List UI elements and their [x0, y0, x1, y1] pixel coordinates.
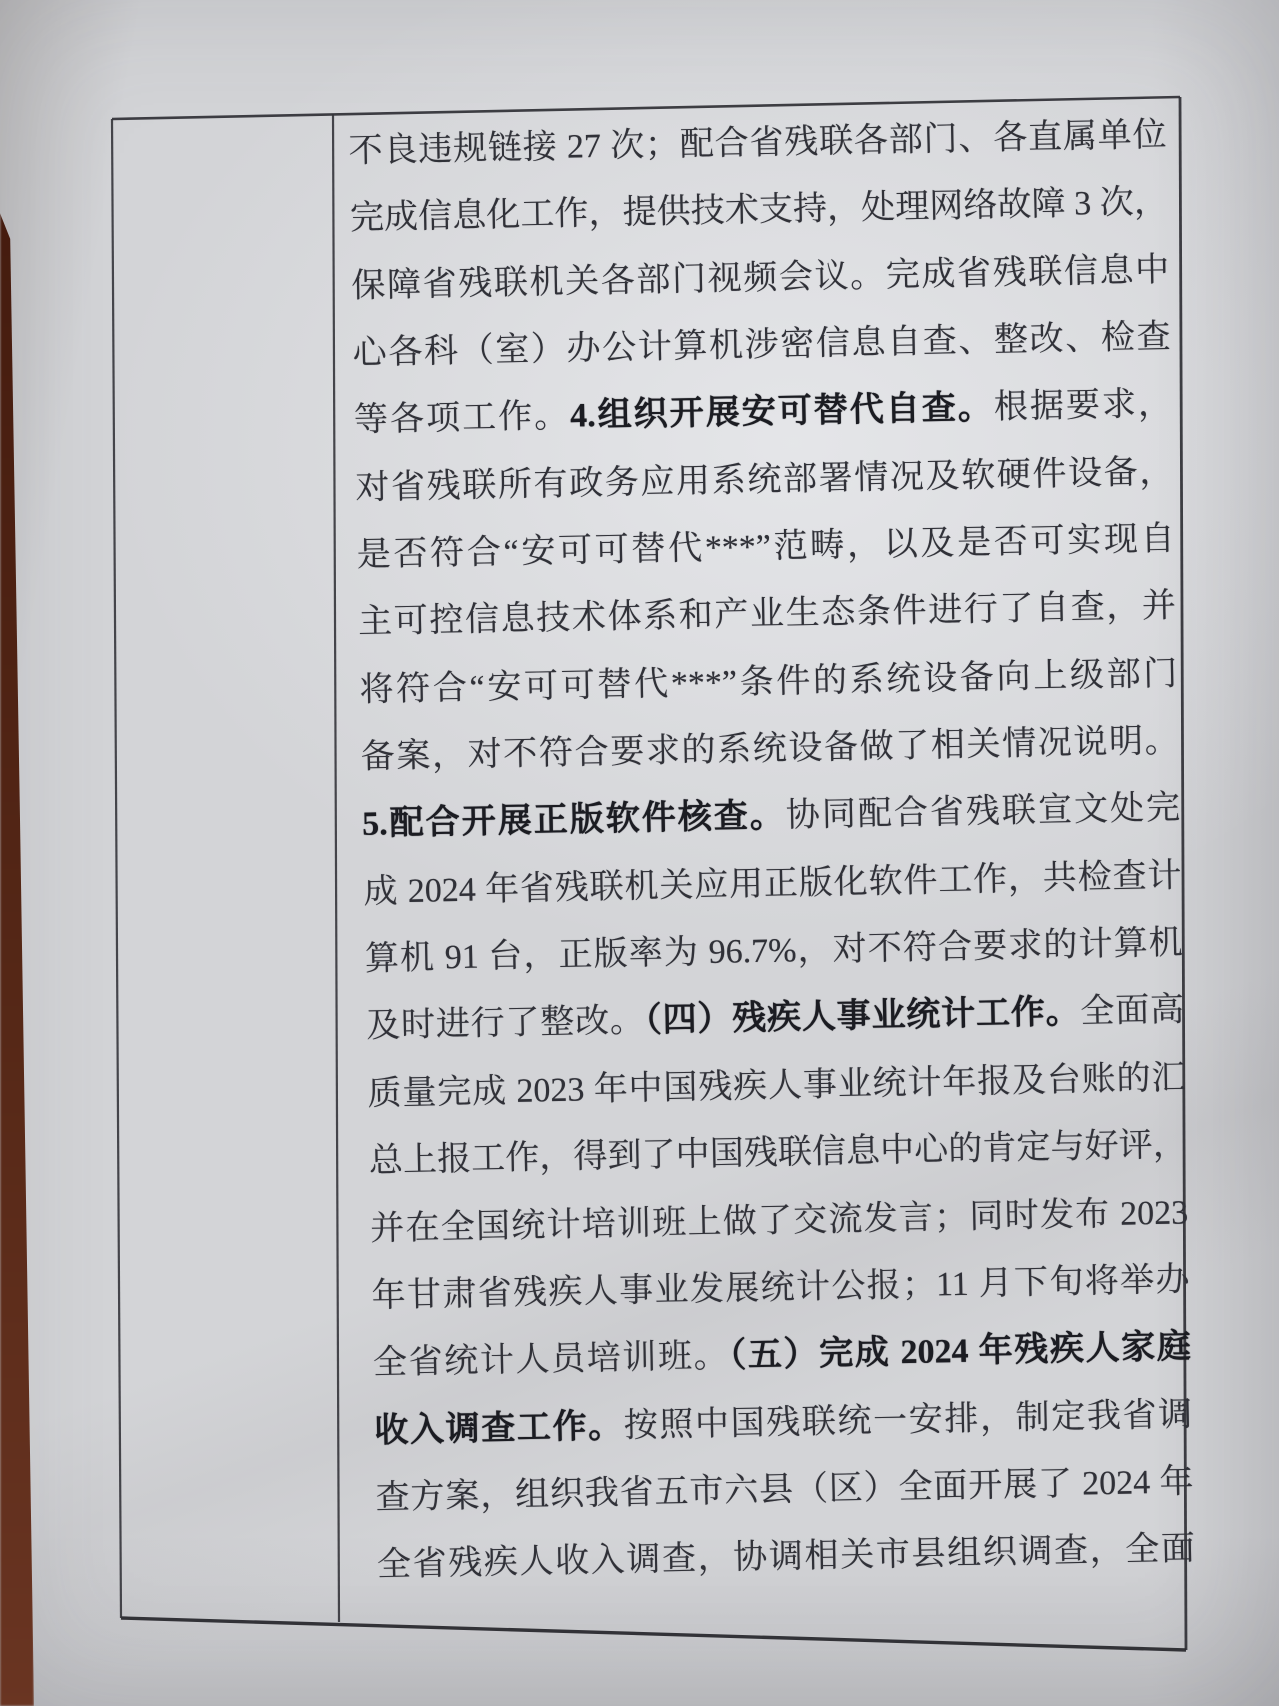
text-segment: 是否符合“安可可替代***”范畴，以及是否可实现自 [356, 521, 1175, 574]
bold-text-segment: （四）残疾人事业统计工作。 [644, 994, 1080, 1040]
text-segment: 年甘肃省残疾人事业发展统计公报；11 月下旬将举办 [371, 1261, 1190, 1314]
text-segment: 完成信息化工作，提供技术支持，处理网络故障 3 次， [350, 184, 1169, 237]
bold-text-segment: 5.配合开展正版软件核查。 [362, 798, 786, 843]
text-segment: 将符合“安可可替代***”条件的系统设备向上级部门 [359, 655, 1178, 708]
text-segment: 心各科（室）办公计算机涉密信息自查、整改、检查 [352, 319, 1171, 372]
text-segment: 主可控信息技术体系和产业生态条件进行了自查，并 [358, 588, 1177, 641]
text-segment: 对省残联所有政务应用系统部署情况及软硬件设备， [355, 453, 1174, 506]
text-segment: 等各项工作。 [354, 398, 571, 439]
text-segment: 成 2024 年省残联机关应用正版化软件工作，共检查计 [363, 857, 1182, 910]
text-segment: 备案，对不符合要求的系统设备做了相关情况说明。 [360, 723, 1179, 776]
bold-text-segment: 4.组织开展安可替代自查。 [570, 389, 994, 434]
text-segment: 按照中国残联统一安排，制定我省调 [623, 1396, 1192, 1444]
text-segment: 全省残疾人收入调查，协调相关市县组织调查，全面 [377, 1531, 1196, 1584]
text-segment: 全面高 [1080, 992, 1184, 1031]
text-segment: 查方案，组织我省五市六县（区）全面开展了 2024 年 [375, 1463, 1194, 1516]
text-segment: 并在全国统计培训班上做了交流发言；同时发布 2023 [370, 1194, 1189, 1247]
text-segment: 及时进行了整改。 [366, 1003, 645, 1046]
text-segment: 总上报工作，得到了中国残联信息中心的肯定与好评， [369, 1127, 1188, 1180]
table-column-divider [333, 114, 339, 1622]
bold-text-segment: （五）完成 2024 年残疾人家庭 [729, 1329, 1191, 1375]
text-segment: 根据要求， [994, 386, 1173, 427]
text-segment: 不良违规链接 27 次；配合省残联各部门、各直属单位 [348, 117, 1167, 170]
text-segment: 质量完成 2023 年中国残疾人事业统计年报及台账的汇 [367, 1059, 1186, 1112]
bold-text-segment: 收入调查工作。 [374, 1407, 624, 1449]
photo-of-document: 不良违规链接 27 次；配合省残联各部门、各直属单位完成信息化工作，提供技术支持… [0, 0, 1279, 1706]
report-lines: 不良违规链接 27 次；配合省残联各部门、各直属单位完成信息化工作，提供技术支持… [348, 102, 1196, 1600]
table-text-cell: 不良违规链接 27 次；配合省残联各部门、各直属单位完成信息化工作，提供技术支持… [348, 102, 1196, 1600]
text-segment: 协同配合省残联宣文处完 [786, 790, 1181, 835]
text-segment: 全省统计人员培训班。 [373, 1338, 730, 1382]
text-segment: 保障省残联机关各部门视频会议。完成省残联信息中 [351, 251, 1170, 304]
table-bottom-border [121, 1618, 1186, 1650]
table-left-cell [115, 120, 331, 1616]
text-segment: 算机 91 台，正版率为 96.7%，对不符合要求的计算机 [365, 925, 1184, 978]
